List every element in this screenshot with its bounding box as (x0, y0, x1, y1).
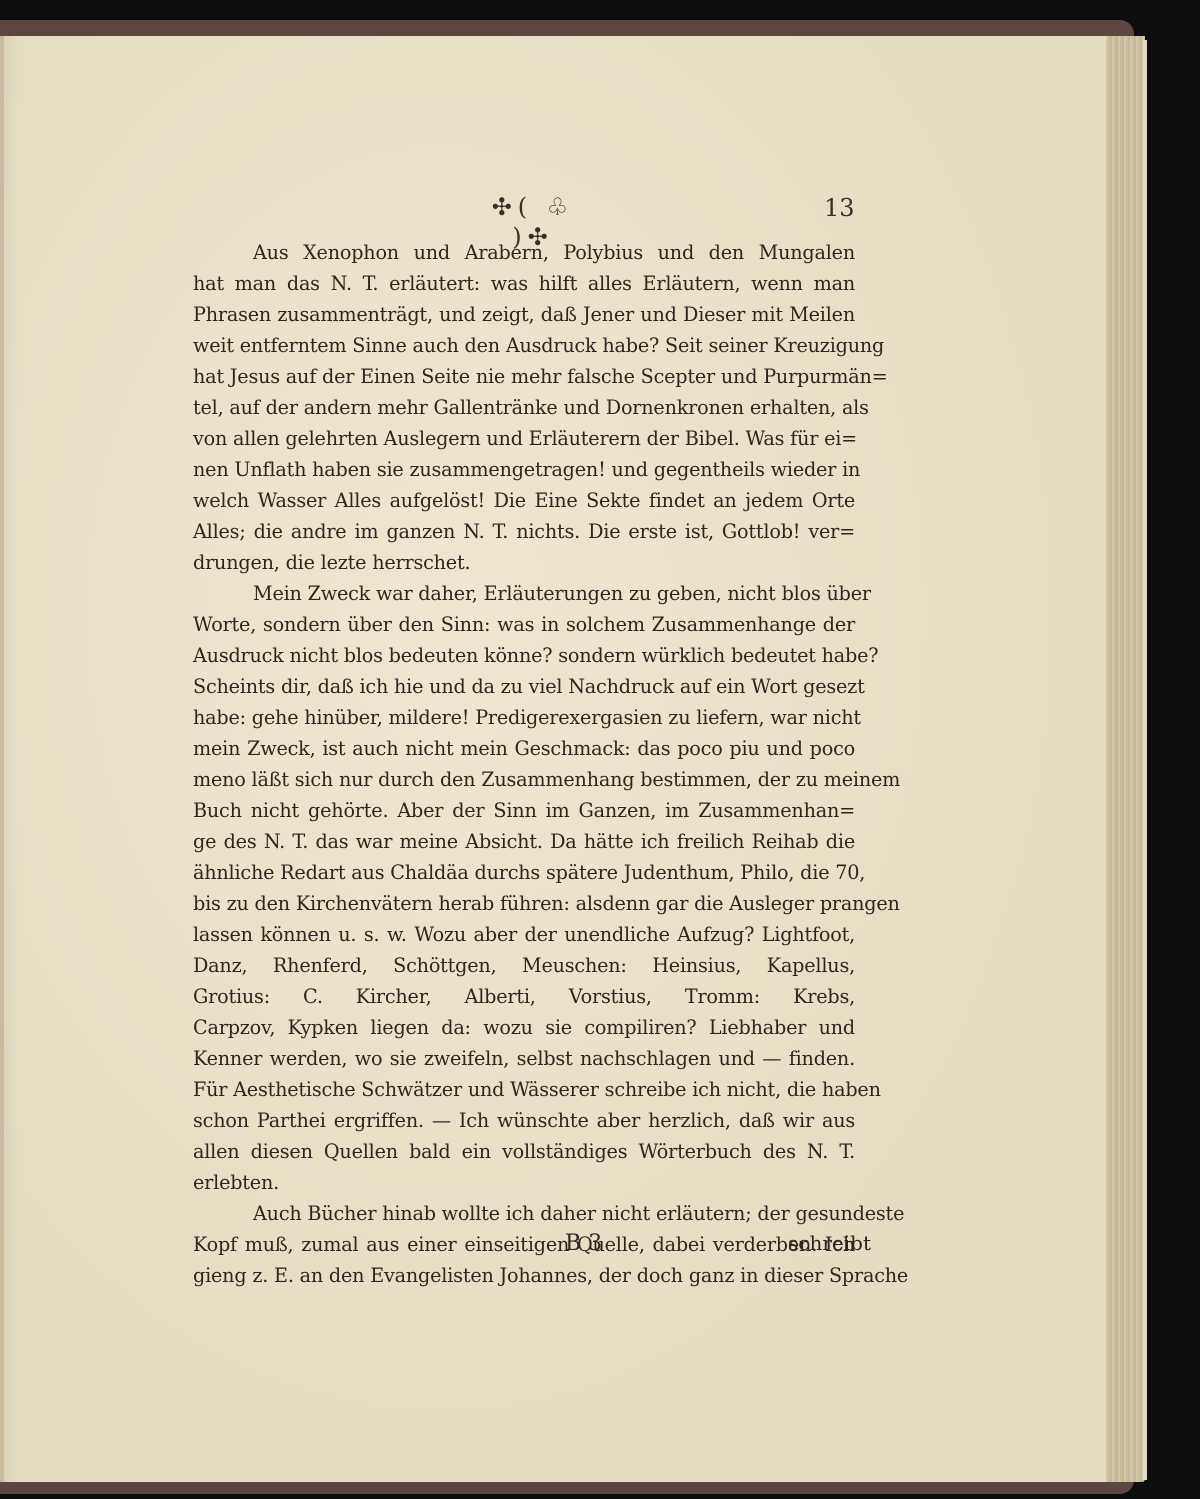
text-line: hat Jesus auf der Einen Seite nie mehr f… (193, 362, 855, 392)
text-line: bis zu den Kirchenvätern herab führen: a… (193, 889, 855, 919)
text-line: Mein Zweck war daher, Erläuterungen zu g… (193, 579, 855, 609)
text-line: Für Aesthetische Schwätzer und Wässerer … (193, 1075, 855, 1105)
text-line: Auch Bücher hinab wollte ich daher nicht… (193, 1199, 855, 1229)
text-line: ähnliche Redart aus Chaldäa durchs späte… (193, 858, 855, 888)
text-line: von allen gelehrten Auslegern und Erläut… (193, 424, 855, 454)
page-block-edges (1103, 36, 1145, 1482)
text-line: Alles; die andre im ganzen N. T. nichts.… (193, 517, 855, 547)
page-block-highlight (1143, 40, 1147, 1480)
text-line: Kenner werden, wo sie zweifeln, selbst n… (193, 1044, 855, 1074)
text-line: meno läßt sich nur durch den Zusammenhan… (193, 765, 855, 795)
page-number: 13 (824, 194, 855, 222)
text-line: drungen, die lezte herrschet. (193, 548, 855, 578)
gutter-edge (0, 36, 4, 1482)
catchword: schreibt (788, 1231, 871, 1255)
text-line: Buch nicht gehörte. Aber der Sinn im Gan… (193, 796, 855, 826)
text-line: Worte, sondern über den Sinn: was in sol… (193, 610, 855, 640)
text-line: hat man das N. T. erläutert: was hilft a… (193, 269, 855, 299)
text-line: habe: gehe hinüber, mildere! Predigerexe… (193, 703, 855, 733)
text-line: nen Unflath haben sie zusammengetragen! … (193, 455, 855, 485)
text-line: Ausdruck nicht blos bedeuten könne? sond… (193, 641, 855, 671)
text-line: lassen können u. s. w. Wozu aber der une… (193, 920, 855, 950)
text-line: Carpzov, Kypken liegen da: wozu sie comp… (193, 1013, 855, 1043)
text-line: schon Parthei ergriffen. — Ich wünschte … (193, 1106, 855, 1136)
text-line: gieng z. E. an den Evangelisten Johannes… (193, 1261, 855, 1291)
text-line: erlebten. (193, 1168, 855, 1198)
text-line: mein Zweck, ist auch nicht mein Geschmac… (193, 734, 855, 764)
text-line: Kopf muß, zumal aus einer einseitigen Qu… (193, 1230, 855, 1260)
text-line: welch Wasser Alles aufgelöst! Die Eine S… (193, 486, 855, 516)
text-line: Scheints dir, daß ich hie und da zu viel… (193, 672, 855, 702)
text-line: Grotius: C. Kircher, Alberti, Vorstius, … (193, 982, 855, 1012)
text-line: tel, auf der andern mehr Gallentränke un… (193, 393, 855, 423)
text-line: Danz, Rhenferd, Schöttgen, Meuschen: Hei… (193, 951, 855, 981)
text-line: Phrasen zusammenträgt, und zeigt, daß Je… (193, 300, 855, 330)
text-line: Aus Xenophon und Arabern, Polybius und d… (193, 238, 855, 268)
header-ornament-icon: ✣( ♧ )✣ (468, 192, 598, 222)
text-line: allen diesen Quellen bald ein vollständi… (193, 1137, 855, 1167)
text-line: ge des N. T. das war meine Absicht. Da h… (193, 827, 855, 857)
signature-mark: B 3 (565, 1231, 602, 1256)
text-line: weit entferntem Sinne auch den Ausdruck … (193, 331, 855, 361)
running-header: ✣( ♧ )✣ 13 (0, 192, 1106, 228)
